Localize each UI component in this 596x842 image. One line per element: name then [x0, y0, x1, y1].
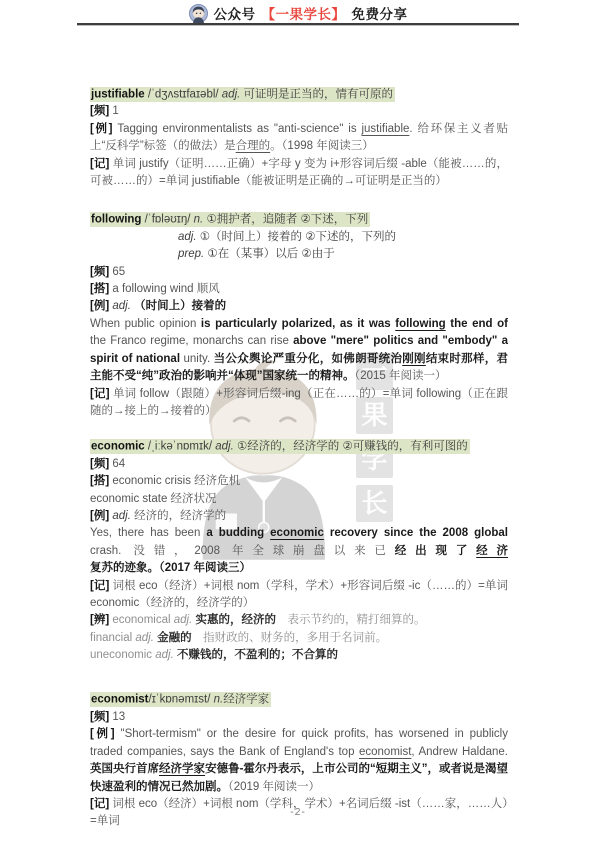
header-divider [77, 23, 519, 26]
distinguish-line: [辨] economical adj. 实惠的，经济的 表示节约的，精打细算的。 [90, 612, 508, 629]
part-of-speech: n. [194, 213, 204, 225]
text-run: uneconomic [90, 649, 155, 661]
freq-label: [频] [90, 105, 109, 117]
text-run: （2019 年阅读一） [228, 781, 320, 793]
headword-line: justifiable /ˈdʒʌstɪfaɪəbl/ adj. 可证明是正当的… [90, 86, 508, 103]
page-content: justifiable /ˈdʒʌstɪfaɪəbl/ adj. 可证明是正当的… [90, 86, 508, 842]
text-run: When public opinion [90, 318, 201, 330]
freq-value: 13 [112, 711, 125, 723]
text-run: 复苏的迹象。（2017 年阅读三） [90, 562, 251, 574]
example-paragraph: [例] "Short-termism" or the desire for qu… [90, 726, 508, 796]
part-of-speech: adj. [155, 649, 174, 661]
memory-line: [记] 词根 eco（经济）+词根 nom（学科，学术）+形容词后缀 -ic（…… [90, 578, 508, 613]
collocation-line: [搭] economic crisis 经济危机 [90, 473, 508, 490]
memory-line: [记] 单词 justify（证明……正确）+字母 y 变为 i+形容词后缀 -… [90, 156, 508, 191]
text-run: Yes, there has been [90, 527, 206, 539]
distinguish-line: financial adj. 金融的 指财政的、财务的，多用于名词前。 [90, 630, 508, 647]
definition: ①（时间上）接着的 ②下述的，下列的 [197, 231, 397, 243]
text-run: recovery since the 2008 global [324, 527, 508, 539]
collocation-label: [搭] [90, 475, 109, 487]
frequency-line: [频] 65 [90, 264, 508, 281]
part-of-speech: adj. [222, 88, 241, 100]
freq-label: [频] [90, 711, 109, 723]
keyword-underlined: following [395, 318, 445, 330]
definition: ①拥护者，追随者 ②下述，下列 [203, 213, 368, 225]
definition: ①在（某事）以后 ②由于 [204, 248, 335, 260]
example-label: [例] [90, 123, 113, 135]
example-heading-line: [例] adj. 经济的，经济学的 [90, 508, 508, 525]
dict-entry-economic: economic /ˌiːkəˈnɒmɪk/ adj. ①经济的，经济学的 ②可… [90, 438, 508, 664]
text-run: is particularly polarized, as it was [201, 318, 395, 330]
text-run: a following wind 顺风 [112, 283, 219, 295]
memory-label: [记] [90, 158, 109, 170]
text-run: the Franco regime, monarchs can rise [90, 335, 293, 347]
example-paragraph: When public opinion is particularly pola… [90, 316, 508, 386]
text-run: （时间上）接着的 [134, 300, 226, 312]
definition: 可证明是正当的，情有可原的 [240, 88, 393, 100]
keyword-underlined: 刚刚 [402, 353, 426, 365]
phonetic: /ɪˈkɒnəmɪst/ [149, 694, 214, 706]
collocation-line: [搭] a following wind 顺风 [90, 281, 508, 298]
page-number: -2- [0, 806, 596, 818]
distinguish-line: uneconomic adj. 不赚钱的，不盈利的；不合算的 [90, 647, 508, 664]
example-paragraph: Yes, there has been a budding economic r… [90, 525, 508, 577]
memory-label: [记] [90, 388, 110, 400]
distinguish-label: [辨] [90, 614, 109, 626]
text-run: , Andrew Haldane. [411, 746, 508, 758]
text-run: 。（1998 年阅读三） [270, 140, 374, 152]
text-run: 词根 eco（经济）+词根 nom（学科，学术）+形容词后缀 -ic（……的）=… [90, 580, 508, 609]
example-heading-line: [例] adj. （时间上）接着的 [90, 298, 508, 315]
part-of-speech: adj. [112, 300, 131, 312]
headword: justifiable [91, 88, 145, 100]
part-of-speech: adj. [174, 614, 193, 626]
text-run: 当公众舆论严重分化，如佛朗哥统治 [214, 353, 403, 365]
text-run: economical [112, 614, 173, 626]
text-run: economic state 经济状况 [90, 493, 217, 505]
text-run: financial [90, 632, 135, 644]
part-of-speech: adj. [178, 231, 197, 243]
headword-line: following /ˈfɒləʊɪŋ/ n. ①拥护者，追随者 ②下述，下列 [90, 211, 508, 228]
headword-line: economic /ˌiːkəˈnɒmɪk/ adj. ①经济的，经济学的 ②可… [90, 438, 508, 455]
part-of-speech: adj. [215, 440, 234, 452]
freq-value: 65 [112, 266, 125, 278]
memory-label: [记] [90, 580, 109, 592]
keyword-underlined: 经济 [476, 545, 508, 557]
headword: economist [91, 694, 149, 706]
collocation-line-2: economic state 经济状况 [90, 491, 508, 508]
text-run: 金融的 [154, 632, 192, 644]
headword: following [91, 213, 141, 225]
keyword-underlined: 经济学家 [159, 763, 205, 775]
phonetic: /ˌiːkəˈnɒmɪk/ [145, 440, 216, 452]
document-page: 一 果 学 长 公众号 【一果学长】 免费分享 justifiable /ˈdʒ… [0, 0, 596, 842]
keyword-underlined: economic [270, 527, 324, 539]
text-run: a budding [206, 527, 270, 539]
example-line: [例] Tagging environmentalists as "anti-s… [90, 121, 508, 156]
text-run: 单词 follow（跟随）+形容词后缀-ing（正在……的）=单词 follow… [90, 388, 508, 417]
text-run: 实惠的，经济的 [192, 614, 276, 626]
text-run: Tagging environmentalists as "anti-scien… [117, 123, 361, 135]
memory-line: [记] 单词 follow（跟随）+形容词后缀-ing（正在……的）=单词 fo… [90, 386, 508, 421]
keyword-underlined: economist [359, 746, 411, 758]
text-run: 指财政的、财务的，多用于名词前。 [192, 632, 388, 644]
definition-line-prep: prep. ①在（某事）以后 ②由于 [90, 246, 508, 263]
freq-label: [频] [90, 266, 109, 278]
text-run: 英国央行首席 [90, 763, 159, 775]
example-label: [例] [90, 300, 109, 312]
part-of-speech: n. [214, 694, 224, 706]
frequency-line: [频] 13 [90, 709, 508, 726]
text-run: 经出现了 [395, 545, 476, 557]
text-run: 不赚钱的，不盈利的；不合算的 [174, 649, 338, 661]
headword: economic [91, 440, 145, 452]
text-run: 表示节约的，精打细算的。 [276, 614, 426, 626]
text-run: economic crisis 经济危机 [112, 475, 240, 487]
frequency-line: [频] 64 [90, 456, 508, 473]
account-avatar-icon [189, 4, 208, 23]
part-of-speech: prep. [178, 248, 204, 260]
text-run: （2015 年阅读一） [355, 370, 447, 382]
text-run: 经济的，经济学的 [131, 510, 226, 522]
header-suffix-text: 免费分享 [352, 3, 408, 23]
definition-line-adj: adj. ①（时间上）接着的 ②下述的，下列的 [90, 229, 508, 246]
text-run: crash. 没错，2008 年全球崩盘以来已 [90, 545, 395, 557]
keyword-underlined: justifiable [361, 123, 409, 135]
example-label: [例] [90, 728, 115, 740]
freq-value: 1 [112, 105, 118, 117]
text-run: the end of [446, 318, 508, 330]
dict-entry-following: following /ˈfɒləʊɪŋ/ n. ①拥护者，追随者 ②下述，下列 … [90, 211, 508, 420]
part-of-speech: adj. [112, 510, 131, 522]
page-header: 公众号 【一果学长】 免费分享 [0, 3, 596, 23]
keyword-underlined: 合理的 [236, 140, 271, 152]
part-of-speech: adj. [135, 632, 154, 644]
dict-entry-justifiable: justifiable /ˈdʒʌstɪfaɪəbl/ adj. 可证明是正当的… [90, 86, 508, 190]
definition: 经济学家 [223, 694, 269, 706]
definition: ①经济的，经济学的 ②可赚钱的，有利可图的 [234, 440, 468, 452]
collocation-label: [搭] [90, 283, 109, 295]
text-run: 单词 justify（证明……正确）+字母 y 变为 i+形容词后缀 -able… [90, 158, 508, 187]
freq-label: [频] [90, 458, 109, 470]
freq-value: 64 [112, 458, 125, 470]
frequency-line: [频] 1 [90, 103, 508, 120]
text-run: unity. [184, 353, 214, 365]
headword-line: economist/ɪˈkɒnəmɪst/ n.经济学家 [90, 692, 508, 709]
phonetic: /ˈfɒləʊɪŋ/ [141, 213, 193, 225]
header-prefix-text: 公众号 [214, 3, 256, 23]
example-label: [例] [90, 510, 109, 522]
header-account-name: 【一果学长】 [262, 3, 346, 23]
phonetic: /ˈdʒʌstɪfaɪəbl/ [145, 88, 222, 100]
